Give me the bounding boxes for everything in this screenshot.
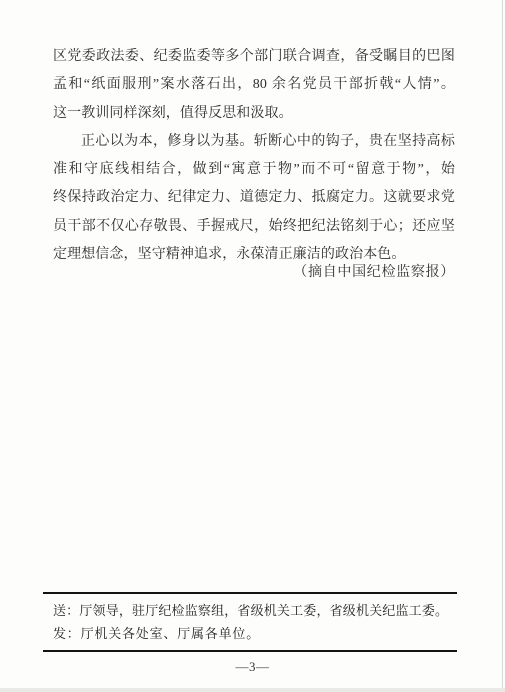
distribution-footer: 送：厅领导，驻厅纪检监察组，省级机关工委，省级机关纪监工委。 发：厅机关各处室、… <box>43 592 457 652</box>
body-line: 终保持政治定力、纪律定力、道德定力、抵腐定力。这就要求党 <box>53 184 455 212</box>
distribution-send-line: 送：厅领导，驻厅纪检监察组，省级机关工委，省级机关纪监工委。 <box>53 599 448 622</box>
body-line: 孟和“纸面服刑”案水落石出，80 余名党员干部折戟“人情”。 <box>53 71 455 99</box>
body-line: 员干部不仅心存敬畏、手握戒尺，始终把纪法铭刻于心；还应坚 <box>53 213 455 241</box>
body-text: 区党委政法委、纪委监委等多个部门联合调查，备受瞩目的巴图 孟和“纸面服刑”案水落… <box>53 43 455 269</box>
body-line: 这一教训同样深刻，值得反思和汲取。 <box>53 100 455 128</box>
body-line: 准和守底线相结合，做到“寓意于物”而不可“留意于物”，始 <box>53 156 455 184</box>
document-page: 区党委政法委、纪委监委等多个部门联合调查，备受瞩目的巴图 孟和“纸面服刑”案水落… <box>0 0 505 692</box>
scan-edge-artifact-bottom <box>0 688 505 692</box>
page-number: —3— <box>0 658 505 676</box>
source-attribution: （摘自中国纪检监察报） <box>53 259 455 287</box>
scan-edge-artifact-right <box>502 0 503 692</box>
body-line: 正心以为本，修身以为基。斩断心中的钩子，贵在坚持高标 <box>53 128 455 156</box>
distribution-issue-line: 发：厅机关各处室、厅属各单位。 <box>53 622 448 645</box>
body-line: 区党委政法委、纪委监委等多个部门联合调查，备受瞩目的巴图 <box>53 43 455 71</box>
